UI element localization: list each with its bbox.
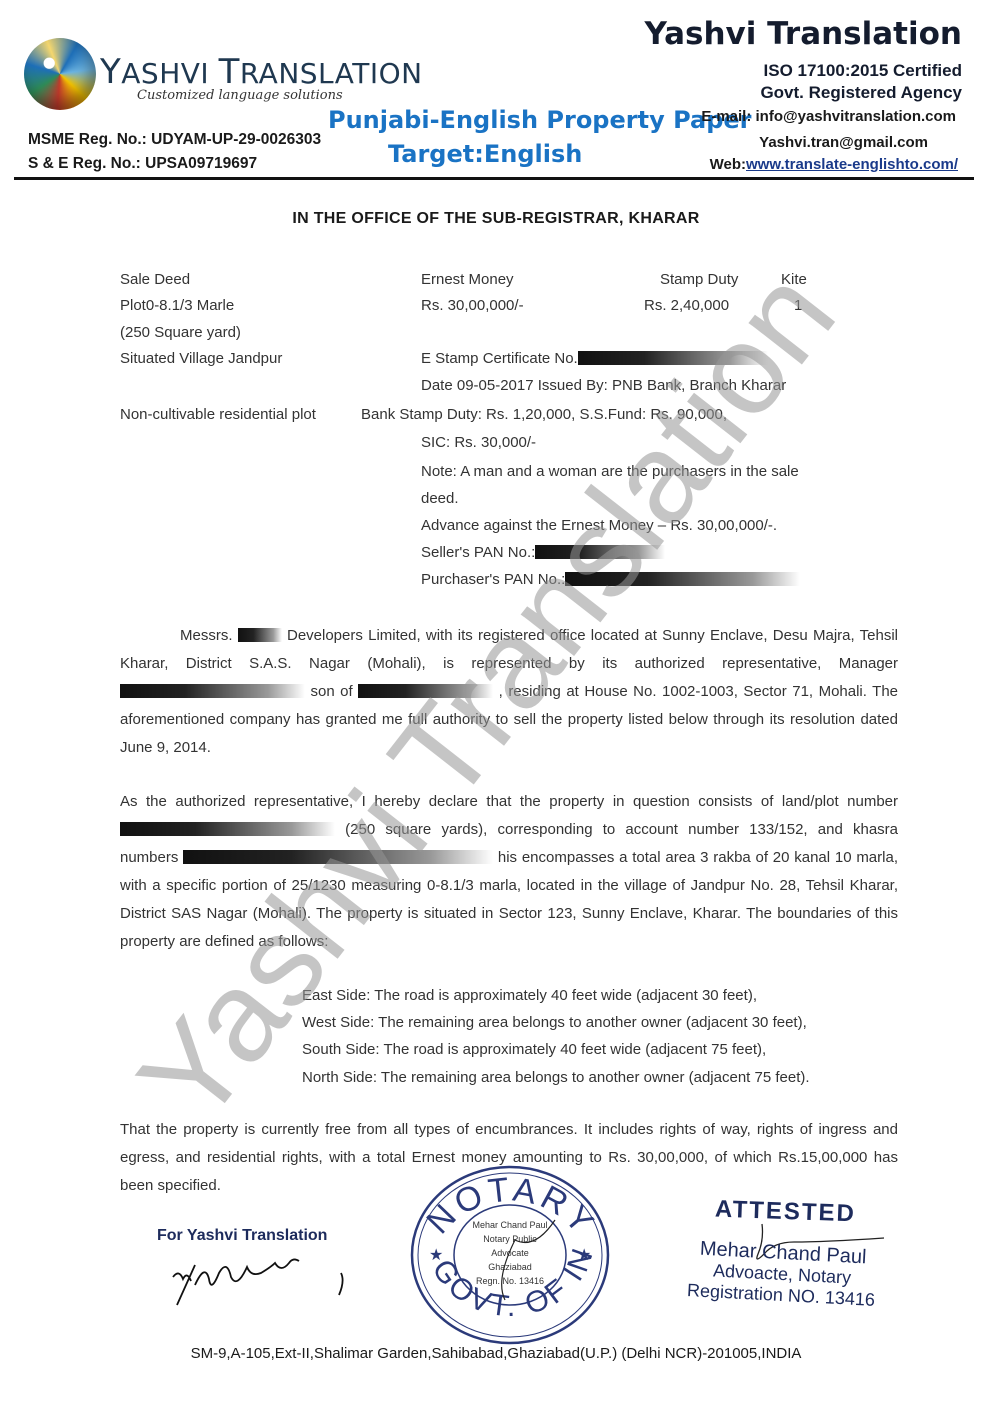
plot-size: Plot0-8.1/3 Marle — [120, 298, 234, 313]
boundaries-list: East Side: The road is approximately 40 … — [302, 982, 810, 1091]
purchaser-pan: Purchaser's PAN No.: — [421, 572, 800, 587]
email-secondary: Yashvi.tran@gmail.com — [759, 134, 928, 151]
notary-stamp-icon: NOTARY GOVT. OF INDIA ★ ★ Mehar Chand Pa… — [405, 1160, 615, 1350]
boundary-west: West Side: The remaining area belongs to… — [302, 1009, 810, 1036]
svg-text:★: ★ — [577, 1247, 591, 1264]
brand-name: Yashvi Translation — [645, 16, 963, 52]
plot-location: Situated Village Jandpur — [120, 351, 282, 366]
company-paragraph: Messrs. Developers Limited, with its reg… — [120, 622, 898, 762]
website: Web:www.translate-englishto.com/ — [710, 156, 958, 173]
agency-label: Govt. Registered Agency — [760, 83, 962, 103]
redaction-bar — [565, 572, 800, 586]
for-yashvi-label: For Yashvi Translation — [157, 1227, 327, 1245]
se-reg-number: S & E Reg. No.: UPSA09719697 — [28, 155, 257, 173]
globe-logo-icon — [24, 38, 96, 110]
sale-deed-label: Sale Deed — [120, 272, 190, 287]
redaction-bar — [120, 684, 305, 698]
kite-value: 1 — [794, 298, 802, 313]
boundary-north: North Side: The remaining area belongs t… — [302, 1064, 810, 1091]
date-issued: Date 09-05-2017 Issued By: PNB Bank, Bra… — [421, 378, 786, 393]
stamp-duty-value: Rs. 2,40,000 — [644, 298, 729, 313]
target-language-title: Target:English — [388, 140, 582, 168]
notary-details: Mehar Chand Paul Advoacte, Notary Regist… — [686, 1238, 877, 1311]
svg-text:Regn. No. 13416: Regn. No. 13416 — [476, 1276, 544, 1286]
declaration-paragraph: As the authorized representative, I here… — [120, 788, 898, 956]
plot-area: (250 Square yard) — [120, 325, 241, 340]
footer-address: SM-9,A-105,Ext-II,Shalimar Garden,Sahiba… — [0, 1345, 992, 1362]
plot-type: Non-cultivable residential plot — [120, 407, 316, 422]
svg-text:★: ★ — [429, 1247, 443, 1264]
header-divider — [14, 177, 974, 180]
boundary-south: South Side: The road is approximately 40… — [302, 1036, 810, 1063]
kite-label: Kite — [781, 272, 807, 287]
boundary-east: East Side: The road is approximately 40 … — [302, 982, 810, 1009]
svg-text:NOTARY: NOTARY — [419, 1171, 603, 1244]
bank-stamp-duty: Bank Stamp Duty: Rs. 1,20,000, S.S.Fund:… — [361, 407, 727, 422]
stamp-duty-label: Stamp Duty — [660, 272, 738, 287]
redaction-bar — [183, 850, 493, 864]
redaction-bar — [535, 545, 665, 559]
website-link[interactable]: www.translate-englishto.com/ — [746, 156, 958, 173]
msme-reg-number: MSME Reg. No.: UDYAM-UP-29-0026303 — [28, 131, 321, 149]
web-label: Web: — [710, 156, 746, 173]
svg-text:Mehar Chand Paul: Mehar Chand Paul — [472, 1220, 547, 1230]
office-heading: IN THE OFFICE OF THE SUB-REGISTRAR, KHAR… — [0, 210, 992, 228]
logo-title: YASHVI TRANSLATION — [100, 52, 423, 92]
redaction-bar — [120, 822, 335, 836]
certification: ISO 17100:2015 Certified — [764, 61, 962, 81]
email-primary: E-mail: info@yashvitranslation.com — [701, 108, 956, 125]
note-line-1: Note: A man and a woman are the purchase… — [421, 464, 799, 479]
seller-pan: Seller's PAN No.: — [421, 545, 665, 560]
note-line-2: deed. — [421, 491, 459, 506]
redaction-bar — [238, 628, 282, 642]
ernest-money-value: Rs. 30,00,000/- — [421, 298, 524, 313]
svg-text:Ghaziabad: Ghaziabad — [488, 1262, 532, 1272]
sic-amount: SIC: Rs. 30,000/- — [421, 435, 536, 450]
redaction-bar — [358, 684, 493, 698]
ernest-money-label: Ernest Money — [421, 272, 514, 287]
e-stamp-certificate: E Stamp Certificate No. — [421, 351, 768, 366]
advance-amount: Advance against the Ernest Money – Rs. 3… — [421, 518, 777, 533]
logo-tagline: Customized language solutions — [137, 88, 343, 103]
redaction-bar — [578, 351, 768, 365]
document-type-title: Punjabi-English Property Paper — [328, 106, 752, 134]
translator-signature-icon — [165, 1255, 355, 1315]
